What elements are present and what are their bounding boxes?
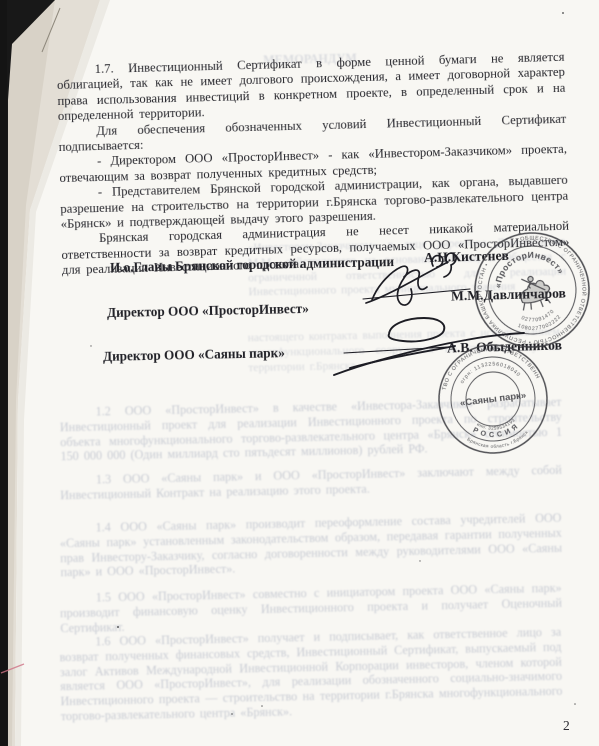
signatory-role-prostorinvest-director: Директор ООО «ПросторИнвест» [107,301,309,321]
signatory-name-kistenev: А.Н.Кистенев [424,248,509,266]
page-number: 2 [563,718,570,734]
bleedthrough-text: 1.6 ООО «ПросторИнвест» получает и подпи… [59,625,563,724]
bleedthrough-paragraph: 1.4 ООО «Саяны парк» производит переофор… [59,511,562,581]
signatory-name-obydennikov: А.В. Обыденников [447,337,562,356]
bleedthrough-text: 1.4 ООО «Саяны парк» производит переофор… [59,511,562,581]
bleedthrough-text: 1.3 ООО «Саяны парк» и ООО «ПросторИнвес… [60,463,563,503]
bleedthrough-paragraph: 1.3 ООО «Саяны парк» и ООО «ПросторИнвес… [60,463,563,503]
bleedthrough-text: 1.2 ООО «ПросторИнвест» в качестве «Инве… [59,395,562,465]
bleedthrough-paragraph: 1.6 ООО «ПросторИнвест» получает и подпи… [59,625,563,724]
scanned-document-page: МЕМОРАНДУМ «Инвестором-Заказчиком» в лиц… [0,0,599,746]
signatory-name-davlincharov: М.М.Давлинчаров [451,285,566,304]
clause-1-7-text: 1.7. Инвестиционный Сертификат в форме ц… [56,50,569,279]
bleedthrough-paragraph: 1.2 ООО «ПросторИнвест» в качестве «Инве… [59,395,562,465]
